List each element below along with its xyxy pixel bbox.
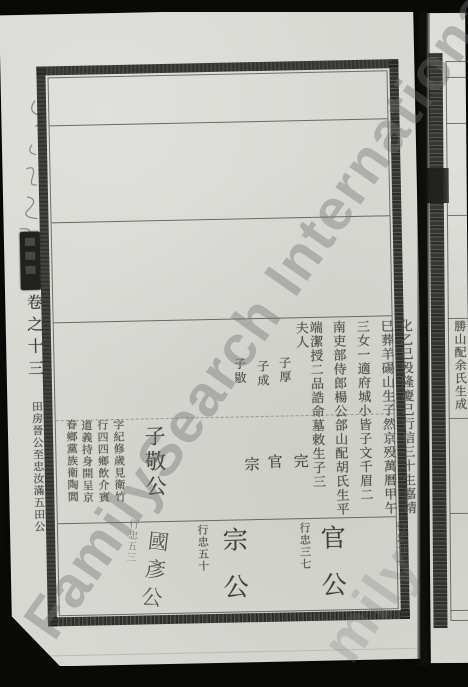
son-label-1: 子厚 bbox=[276, 356, 294, 384]
son-label-2: 子成 bbox=[254, 360, 272, 388]
page-edge-fold bbox=[23, 648, 418, 657]
bio-column-4: 南吏部侍郎楊公郃山配胡氏生平 bbox=[328, 320, 351, 516]
bio-column-wife: 夫人 bbox=[291, 321, 311, 349]
adjacent-row-line-7 bbox=[450, 610, 468, 611]
adjacent-row-line-1 bbox=[446, 77, 466, 78]
adjacent-page-column: 勝山配余氏生成 bbox=[452, 320, 468, 411]
left-entry-annot-2: 行四四鄉飲介賓 bbox=[94, 419, 112, 503]
heir-name-2: 官 bbox=[264, 454, 285, 472]
left-entry-annot-3: 道義持身開呈京 bbox=[78, 420, 96, 504]
spine-title-tab bbox=[20, 232, 41, 290]
bio-column-3: 三女一適府城小皆子文千眉二 bbox=[352, 320, 375, 502]
rank-annotation-zong: 行忠五十 bbox=[194, 524, 211, 572]
rank-annotation-guan: 行忠三七 bbox=[296, 522, 313, 570]
left-entry-annot-4: 眷鄉黨族衛陶閭 bbox=[63, 419, 81, 503]
entry-name-guan-gong: 官公 bbox=[313, 524, 351, 619]
scan-edge-top bbox=[0, 0, 468, 12]
bio-column-2: 巳葬羊碭山生子然京殁萬曆甲午 bbox=[376, 319, 399, 515]
page-gutter-shadow bbox=[417, 0, 430, 687]
adjacent-page: 勝山配余氏生成 bbox=[425, 13, 468, 663]
son-label-3: 子敭 bbox=[231, 357, 249, 385]
adjacent-row-line-2 bbox=[446, 123, 466, 124]
entry-name-left: 子敬公 bbox=[139, 425, 171, 501]
adjacent-frame-band bbox=[429, 53, 448, 628]
entry-name-zong-gong: 宗公 bbox=[215, 526, 253, 621]
heir-name-1: 完 bbox=[290, 453, 311, 471]
adjacent-row-line-5 bbox=[449, 418, 468, 419]
left-entry-annot-1: 字紀修歲見衛竹 bbox=[110, 419, 128, 503]
rank-annotation-right: 行忠廿一 bbox=[393, 520, 410, 568]
heir-name-3: 宗 bbox=[242, 456, 263, 474]
adjacent-row-line-6 bbox=[450, 513, 468, 514]
genealogy-page: 卷之十三 田房晉公至忠汝滿五田公 化乙巳殁隆慶己行信三十生嘉靖 巳葬羊碭山生子然… bbox=[0, 7, 427, 668]
adjacent-row-line-3 bbox=[447, 215, 467, 216]
adjacent-row-line-4 bbox=[448, 318, 468, 319]
